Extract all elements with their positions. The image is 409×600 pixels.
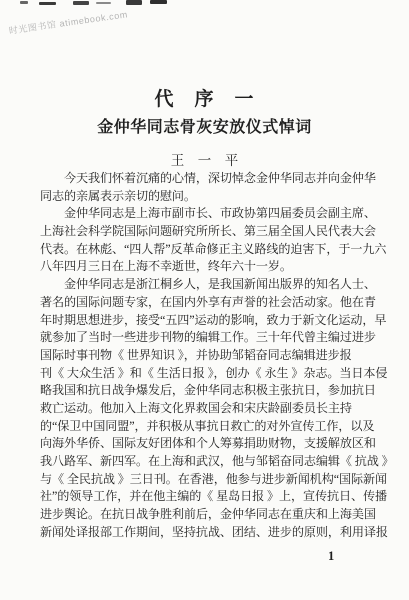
watermark-text: 时光图书馆 atimebook.com (8, 7, 129, 37)
body-line: 与《 全民抗战 》三日刊。在香港，他参与进步新闻机构“国际新闻 (40, 471, 376, 489)
scan-artifact-mark (96, 2, 111, 4)
scan-artifact-mark (126, 0, 142, 5)
scanned-book-page: 时光图书馆 atimebook.com 代 序 一 金仲华同志骨灰安放仪式悼词 … (0, 0, 409, 600)
page-number: 1 (328, 549, 334, 564)
body-line: 的“保卫中国同盟”，并积极从事抗日救亡的对外宣传工作，以及 (40, 418, 376, 436)
body-line: 今天我们怀着沉痛的心情，深切悼念金仲华同志并向金仲华 (40, 170, 376, 188)
scan-artifact-mark (150, 0, 167, 4)
body-line: 进步舆论。在抗日战争胜利前后，金仲华同志在重庆和上海美国 (40, 506, 376, 524)
body-line: 社”的领导工作，并在他主编的《 星岛日报 》上，宣传抗日、传播 (40, 488, 376, 506)
body-line: 救亡运动。他加入上海文化界救国会和宋庆龄副委员长主持 (40, 400, 376, 418)
body-line: 略我国和抗日战争爆发后，金仲华同志积极主张抗日，参加抗日 (40, 382, 376, 400)
body-line: 同志的亲属表示亲切的慰问。 (40, 188, 376, 206)
body-line: 著名的国际问题专家，在国内外享有声誉的社会活动家。他在青 (40, 294, 376, 312)
body-line: 八年四月三日在上海不幸逝世，终年六十一岁。 (40, 258, 376, 276)
author-name: 王 一 平 (0, 149, 409, 169)
body-line: 金仲华同志是上海市副市长、市政协第四届委员会副主席、 (40, 205, 376, 223)
page-title: 代 序 一 (0, 84, 409, 111)
scan-edge-artifact-marks (0, 0, 409, 8)
body-line: 向海外华侨、国际友好团体和个人筹募捐助财物，支援解放区和 (40, 435, 376, 453)
body-line: 国际时事刊物《 世界知识 》，并协助邹韬奋同志编辑进步报 (40, 347, 376, 365)
body-text: 今天我们怀着沉痛的心情，深切悼念金仲华同志并向金仲华同志的亲属表示亲切的慰问。 … (40, 170, 376, 541)
body-line: 新闻处译报部工作期间，坚持抗战、团结、进步的原则，利用译报 (40, 524, 376, 542)
scan-artifact-mark (39, 2, 56, 5)
body-line: 刊《 大众生活 》和《 生活日报 》，创办《 永生 》杂志。当日本侵 (40, 365, 376, 383)
scan-artifact-mark (20, 1, 28, 4)
body-line: 金仲华同志是浙江桐乡人，是我国新闻出版界的知名人士、 (40, 276, 376, 294)
body-line: 上海社会科学院国际问题研究所所长、第三届全国人民代表大会 (40, 223, 376, 241)
body-line: 我八路军、新四军。在上海和武汉，他与邹韬奋同志编辑《 抗战 》 (40, 453, 376, 471)
body-line: 年时期思想进步，接受“五四”运动的影响，致力于新文化运动，早 (40, 312, 376, 330)
body-line: 代表。在林彪、“四人帮”反革命修正主义路线的迫害下，于一九六 (40, 241, 376, 259)
scan-artifact-mark (73, 1, 89, 5)
page-subtitle: 金仲华同志骨灰安放仪式悼词 (0, 114, 409, 137)
body-line: 就参加了当时一些进步刊物的编辑工作。三十年代曾主编过进步 (40, 329, 376, 347)
